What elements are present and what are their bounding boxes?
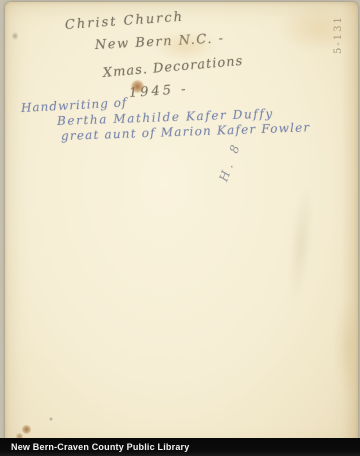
stain-spot-brown [22,425,31,434]
pencil-inscription-line2: New Bern N.C. - [95,31,225,53]
pencil-inscription-line4: 1945 - [128,82,189,101]
speck [49,417,53,421]
pencil-inscription-line3: Xmas. Decorations [102,54,243,81]
smudge [285,186,317,302]
rotated-pencil-mark: H. 8 [216,139,243,183]
pencil-inscription-line1: Christ Church [64,10,184,33]
library-credit-bar: New Bern-Craven County Public Library [0,438,360,456]
library-credit-text: New Bern-Craven County Public Library [0,442,189,452]
speck [12,32,18,40]
scanned-photo-back: Christ Church New Bern N.C. - Xmas. Deco… [0,0,360,456]
photo-paper: Christ Church New Bern N.C. - Xmas. Deco… [5,2,358,452]
paper-edge-shading [342,2,358,452]
